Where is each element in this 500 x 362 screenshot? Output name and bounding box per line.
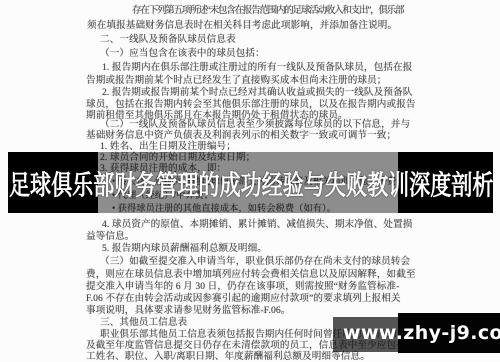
document-line: 基础财务信息中资产负债表及利润表列示的相关数字一致或可调节一致； xyxy=(86,130,396,141)
document-line: 4. 球员资产的原值、本期摊销、累计摊销、减值损失、期末净值、处置损 xyxy=(102,219,412,230)
scanned-document-page: 存在下列第五项所述“未包含在报告范围内的足球活动收入和支出”，俱乐部 须在填报基… xyxy=(0,0,500,362)
document-line: 1. 报告期内在俱乐部注册或注册过的所有一线队及预备队球员，包括在报 xyxy=(102,62,412,73)
document-line: 5. 报告期内球员薪酬福利总额及明细。 xyxy=(102,243,267,254)
document-line: 事项说明，具体要求请参见财务监管标准-F.06。 xyxy=(86,305,290,316)
document-heading: 三、其他员工信息表 xyxy=(100,317,187,328)
watermark-text: www.zhy-j9.com xyxy=(343,323,500,344)
document-line: （一）应当包含在该表中的球员包括： xyxy=(100,48,265,59)
document-line: 1. 姓名、出生日期及注册编号； xyxy=(100,141,236,152)
document-line: 存在下列第五项所述“未包含在报告范围内的足球活动收入和支出”，俱乐部 xyxy=(132,5,403,16)
document-line: 费，则应在球员信息表中增加填列应付转会费相关信息以及原因解释，如截至 xyxy=(86,269,416,280)
document-line: F.06 不存在由转会活动或因参赛引起的逾期应付款项”的要求填列上报相关 xyxy=(86,293,401,304)
document-line: 益等信息。 xyxy=(86,231,134,242)
document-line: 2. 报告期或报告期前某个时点已经对其确认收益或损失的一线队及预备队 xyxy=(102,87,412,98)
document-line: （二）一线队及预备队球员信息表至少须披露每位球员的以下信息，并与 xyxy=(100,119,410,130)
document-heading: 二、一线队及预备队球员信息表 xyxy=(100,34,236,45)
headline-overlay: 足球俱乐部财务管理的成功经验与失败教训深度剖析 xyxy=(8,152,493,213)
document-line: 工姓名、职位、入职/离职日期、年度薪酬福利总额及明细等信息。 xyxy=(86,351,370,362)
document-line: 须在填报基础财务信息表时在相关科目考虑此项影响，并添加备注说明。 xyxy=(87,20,397,31)
document-line: 告期或报告期前某个时点已经发生了直接购买成本但尚未注册的球员； xyxy=(86,75,387,86)
headline-text: 足球俱乐部财务管理的成功经验与失败教训深度剖析 xyxy=(9,163,493,202)
document-line: （三）如截至提交准入申请当年，职业俱乐部仍存在尚未支付的球员转会 xyxy=(100,256,410,267)
document-line: 提交准入申请当年的 6 月 30 日，仍存在该事项，则需按照“财务监管标准- xyxy=(86,281,399,292)
document-line: 球员，包括在报告期内转会至其他俱乐部注册的球员，以及在报告期内或报告 xyxy=(86,99,416,110)
